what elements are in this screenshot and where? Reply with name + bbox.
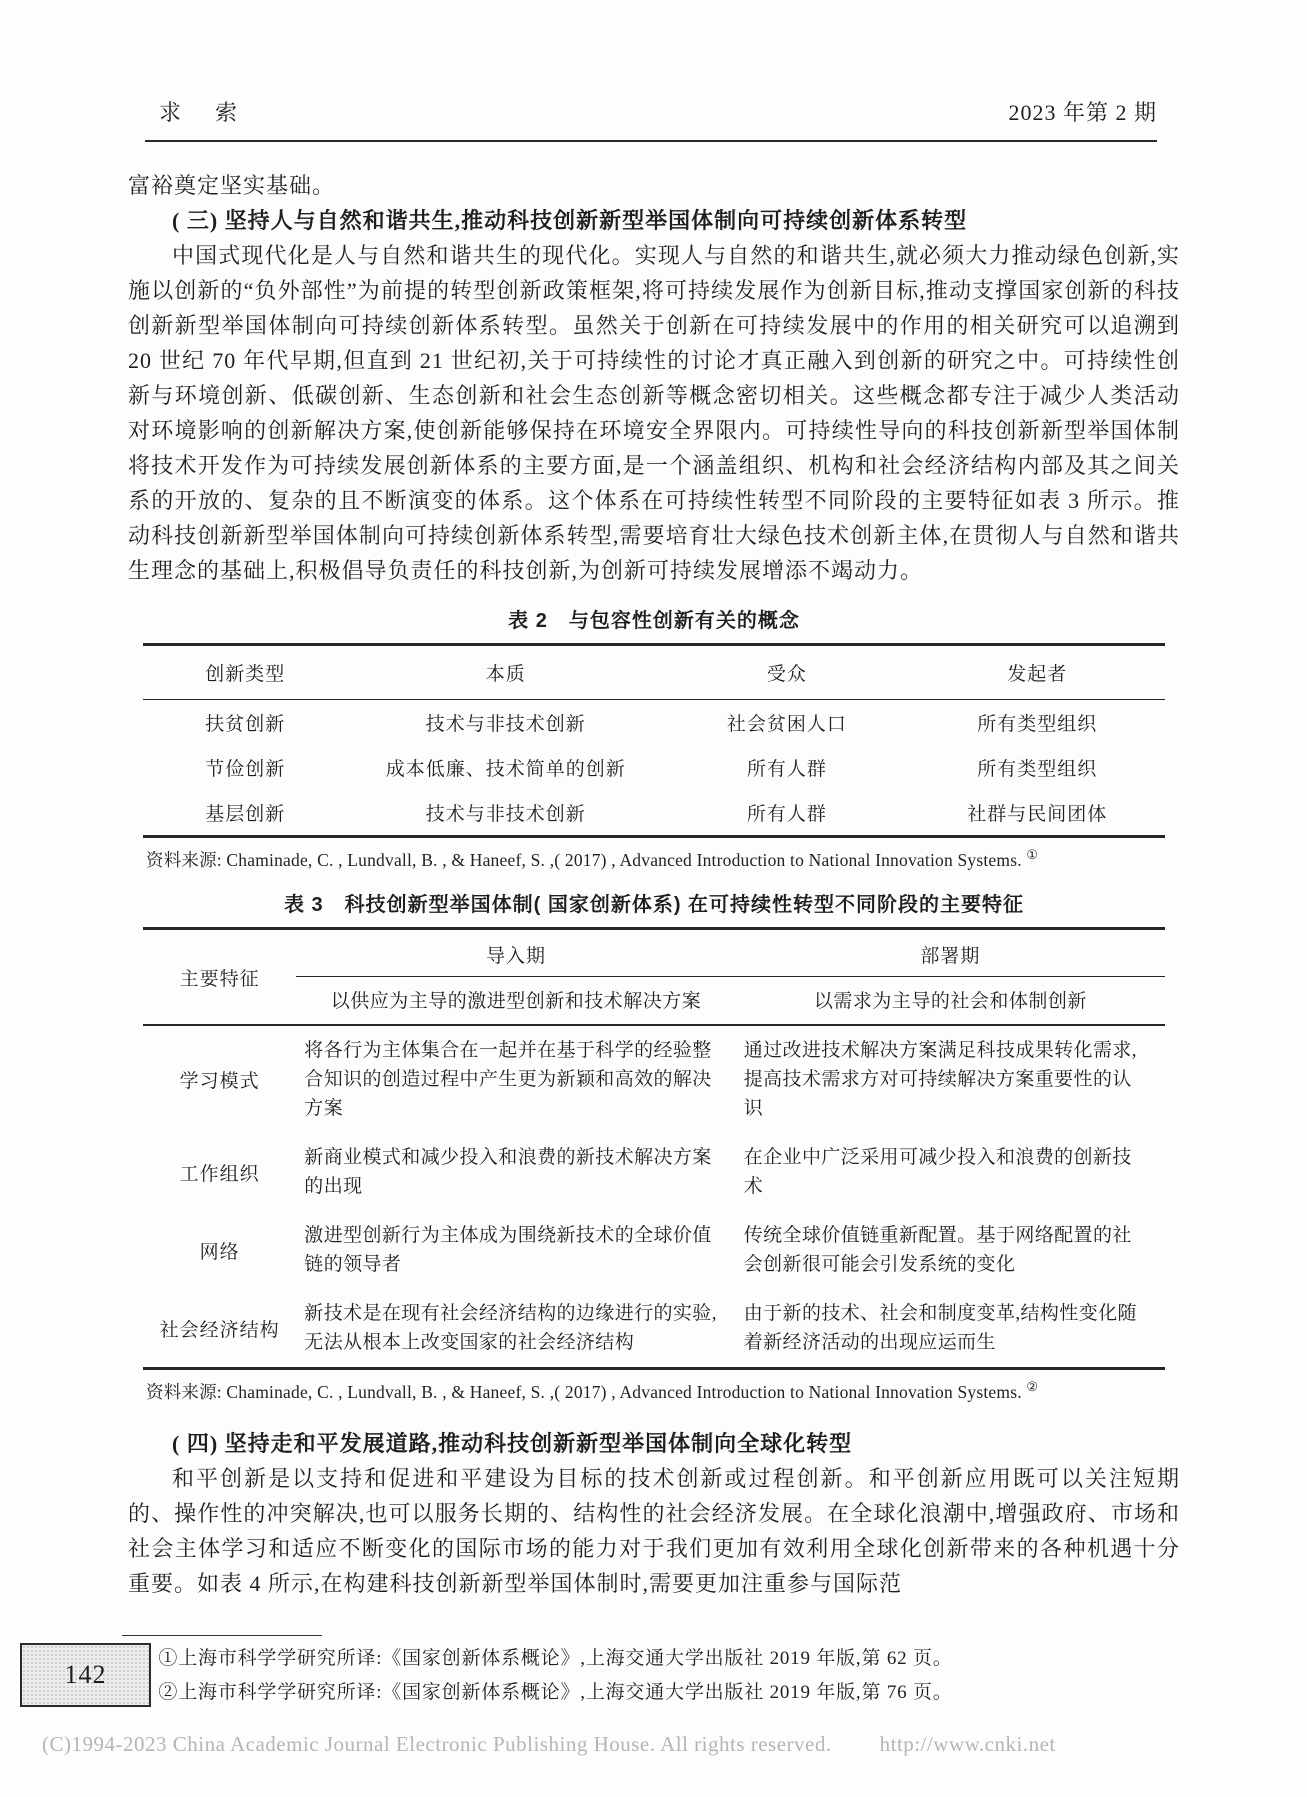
table2-source-text: 资料来源: Chaminade, C. , Lundvall, B. , & H… bbox=[146, 850, 1022, 870]
table2-header-cell: 发起者 bbox=[909, 645, 1165, 700]
table-cell: 新商业模式和减少投入和浪费的新技术解决方案的出现 bbox=[296, 1133, 735, 1211]
table2-header-cell: 受众 bbox=[664, 645, 909, 700]
table3-source-text: 资料来源: Chaminade, C. , Lundvall, B. , & H… bbox=[146, 1382, 1022, 1402]
page-footer: (C)1994-2023 China Academic Journal Elec… bbox=[42, 1732, 1056, 1757]
table-cell: 节俭创新 bbox=[143, 745, 347, 790]
footnote-1: ①上海市科学学研究所译:《国家创新体系概论》,上海交通大学出版社 2019 年版… bbox=[128, 1642, 1180, 1676]
page-content: 富裕奠定坚实基础。 ( 三) 坚持人与自然和谐共生,推动科技创新新型举国体制向可… bbox=[128, 168, 1180, 1710]
footnotes: ①上海市科学学研究所译:《国家创新体系概论》,上海交通大学出版社 2019 年版… bbox=[128, 1642, 1180, 1710]
table-cell: 将各行为主体集合在一起并在基于科学的经验整合知识的创造过程中产生更为新颖和高效的… bbox=[296, 1025, 735, 1133]
table2-row: 扶贫创新 技术与非技术创新 社会贫困人口 所有类型组织 bbox=[143, 700, 1165, 746]
table-cell: 所有人群 bbox=[664, 745, 909, 790]
paragraph-sustainable: 中国式现代化是人与自然和谐共生的现代化。实现人与自然的和谐共生,就必须大力推动绿… bbox=[128, 238, 1180, 588]
table-cell: 在企业中广泛采用可减少投入和浪费的创新技术 bbox=[736, 1133, 1165, 1211]
table2-source-note: 资料来源: Chaminade, C. , Lundvall, B. , & H… bbox=[146, 847, 1180, 872]
table3-row: 学习模式 将各行为主体集合在一起并在基于科学的经验整合知识的创造过程中产生更为新… bbox=[143, 1025, 1165, 1133]
table3: 主要特征 导入期 部署期 以供应为主导的激进型创新和技术解决方案 以需求为主导的… bbox=[143, 927, 1165, 1370]
table3-phase-row: 主要特征 导入期 部署期 bbox=[143, 929, 1165, 977]
table3-phase-subhead: 以供应为主导的激进型创新和技术解决方案 bbox=[296, 977, 735, 1026]
table-cell: 社会贫困人口 bbox=[664, 700, 909, 746]
table3-phase-header: 导入期 bbox=[296, 929, 735, 977]
page-number-box: 142 bbox=[20, 1643, 151, 1707]
section-heading-4: ( 四) 坚持走和平发展道路,推动科技创新新型举国体制向全球化转型 bbox=[128, 1426, 1180, 1461]
table-cell: 基层创新 bbox=[143, 790, 347, 837]
table3-phase-header: 部署期 bbox=[736, 929, 1165, 977]
page-header: 求 索 2023 年第 2 期 bbox=[145, 0, 1157, 142]
table3-row-label: 社会经济结构 bbox=[143, 1289, 296, 1369]
footnote-2: ②上海市科学学研究所译:《国家创新体系概论》,上海交通大学出版社 2019 年版… bbox=[128, 1676, 1180, 1710]
table-cell: 成本低廉、技术简单的创新 bbox=[347, 745, 664, 790]
table3-subhead-row: 以供应为主导的激进型创新和技术解决方案 以需求为主导的社会和体制创新 bbox=[143, 977, 1165, 1026]
table3-row-label: 网络 bbox=[143, 1211, 296, 1289]
table-cell: 激进型创新行为主体成为围绕新技术的全球价值链的领导者 bbox=[296, 1211, 735, 1289]
table3-phase-subhead: 以需求为主导的社会和体制创新 bbox=[736, 977, 1165, 1026]
table-cell: 新技术是在现有社会经济结构的边缘进行的实验,无法从根本上改变国家的社会经济结构 bbox=[296, 1289, 735, 1369]
table-cell: 通过改进技术解决方案满足科技成果转化需求,提高技术需求方对可持续解决方案重要性的… bbox=[736, 1025, 1165, 1133]
table3-row-label: 学习模式 bbox=[143, 1025, 296, 1133]
table-cell: 技术与非技术创新 bbox=[347, 700, 664, 746]
table-cell: 社群与民间团体 bbox=[909, 790, 1165, 837]
table2-header-cell: 创新类型 bbox=[143, 645, 347, 700]
table3-title: 表 3 科技创新型举国体制( 国家创新体系) 在可持续性转型不同阶段的主要特征 bbox=[128, 888, 1180, 917]
table2: 创新类型 本质 受众 发起者 扶贫创新 技术与非技术创新 社会贫困人口 所有类型… bbox=[143, 643, 1165, 838]
journal-page: 求 索 2023 年第 2 期 富裕奠定坚实基础。 ( 三) 坚持人与自然和谐共… bbox=[0, 0, 1307, 1797]
table2-row: 基层创新 技术与非技术创新 所有人群 社群与民间团体 bbox=[143, 790, 1165, 837]
table3-source-ref: ② bbox=[1026, 1379, 1038, 1394]
issue-label: 2023 年第 2 期 bbox=[1008, 96, 1157, 127]
table-cell: 所有类型组织 bbox=[909, 745, 1165, 790]
table3-source-note: 资料来源: Chaminade, C. , Lundvall, B. , & H… bbox=[146, 1379, 1180, 1404]
paragraph-peace: 和平创新是以支持和促进和平建设为目标的技术创新或过程创新。和平创新应用既可以关注… bbox=[128, 1461, 1180, 1601]
cnki-url[interactable]: http://www.cnki.net bbox=[880, 1732, 1056, 1757]
table2-header-cell: 本质 bbox=[347, 645, 664, 700]
table-cell: 由于新的技术、社会和制度变革,结构性变化随着新经济活动的出现应运而生 bbox=[736, 1289, 1165, 1369]
table-cell: 扶贫创新 bbox=[143, 700, 347, 746]
table-cell: 所有人群 bbox=[664, 790, 909, 837]
footnote-separator bbox=[122, 1635, 322, 1636]
copyright-text: (C)1994-2023 China Academic Journal Elec… bbox=[42, 1732, 832, 1757]
section-heading-3: ( 三) 坚持人与自然和谐共生,推动科技创新新型举国体制向可持续创新体系转型 bbox=[128, 203, 1180, 238]
table3-corner-label: 主要特征 bbox=[143, 929, 296, 1026]
table2-row: 节俭创新 成本低廉、技术简单的创新 所有人群 所有类型组织 bbox=[143, 745, 1165, 790]
table3-row: 网络 激进型创新行为主体成为围绕新技术的全球价值链的领导者 传统全球价值链重新配… bbox=[143, 1211, 1165, 1289]
table2-source-ref: ① bbox=[1026, 847, 1038, 862]
table-cell: 传统全球价值链重新配置。基于网络配置的社会创新很可能会引发系统的变化 bbox=[736, 1211, 1165, 1289]
table3-row: 社会经济结构 新技术是在现有社会经济结构的边缘进行的实验,无法从根本上改变国家的… bbox=[143, 1289, 1165, 1369]
lead-paragraph: 富裕奠定坚实基础。 bbox=[128, 168, 1180, 203]
table-cell: 所有类型组织 bbox=[909, 700, 1165, 746]
table-cell: 技术与非技术创新 bbox=[347, 790, 664, 837]
table3-row: 工作组织 新商业模式和减少投入和浪费的新技术解决方案的出现 在企业中广泛采用可减… bbox=[143, 1133, 1165, 1211]
journal-name: 求 索 bbox=[159, 96, 243, 127]
page-number: 142 bbox=[65, 1660, 107, 1690]
table2-title: 表 2 与包容性创新有关的概念 bbox=[128, 604, 1180, 633]
table2-header-row: 创新类型 本质 受众 发起者 bbox=[143, 645, 1165, 700]
table3-row-label: 工作组织 bbox=[143, 1133, 296, 1211]
